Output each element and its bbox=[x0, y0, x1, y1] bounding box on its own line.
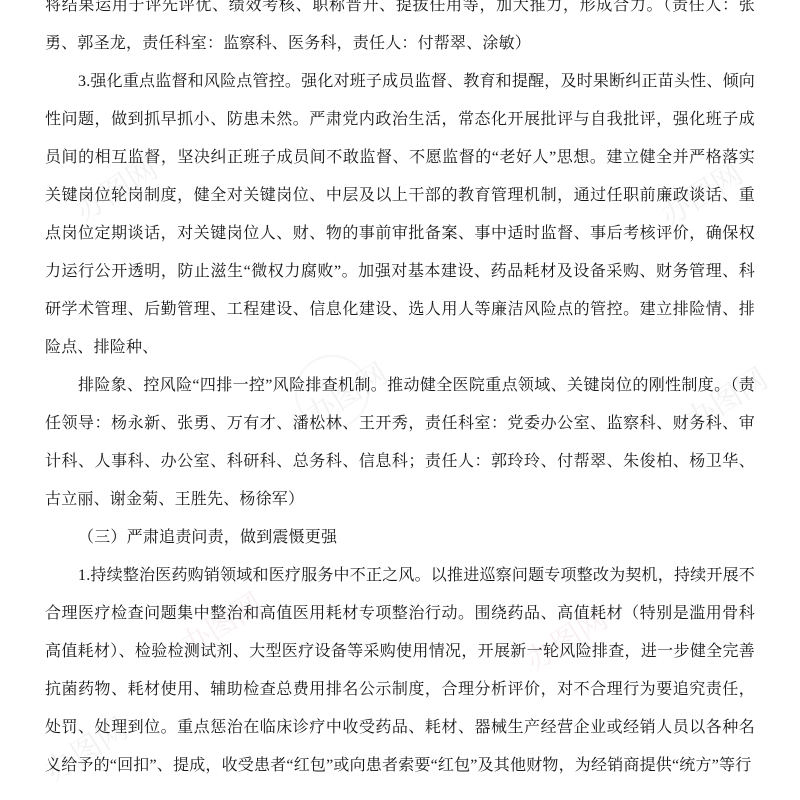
paragraph: （三）严肃追责问责，做到震慑更强 bbox=[45, 519, 755, 557]
document-page: 办图网 办图网 办图网 办图网 办图网 办图网 办图网 将结果运用于评先评优、绩… bbox=[0, 0, 800, 800]
paragraph: 排险象、控风险“四排一控”风险排查机制。推动健全医院重点领域、关键岗位的刚性制度… bbox=[45, 367, 755, 519]
paragraph: 3.强化重点监督和风险点管控。强化对班子成员监督、教育和提醒，及时果断纠正苗头性… bbox=[45, 63, 755, 367]
document-content: 将结果运用于评先评优、绩效考核、职称晋升、提拔任用等，加大推力，形成合力。（责任… bbox=[45, 0, 755, 785]
paragraph: 1.持续整治医药购销领域和医疗服务中不正之风。以推进巡察问题专项整改为契机，持续… bbox=[45, 557, 755, 785]
paragraph: 将结果运用于评先评优、绩效考核、职称晋升、提拔任用等，加大推力，形成合力。（责任… bbox=[45, 0, 755, 63]
